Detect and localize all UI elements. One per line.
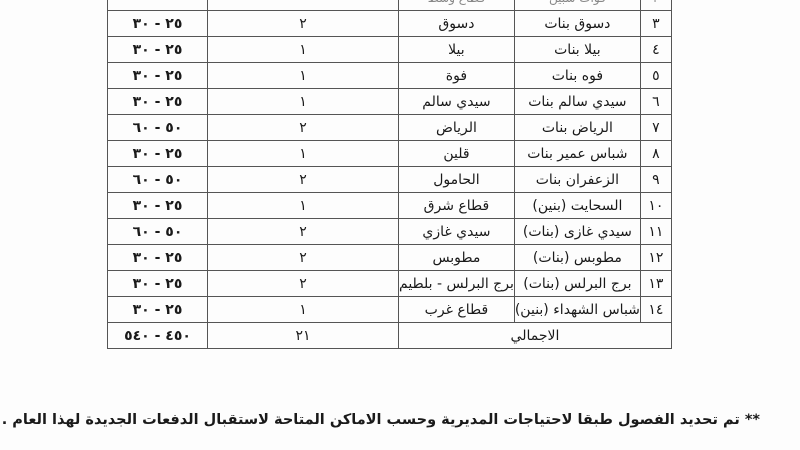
school-location: فوة	[399, 63, 515, 89]
table-row: ٣ دسوق بنات دسوق ٢ ٢٥ - ٣٠	[108, 11, 672, 37]
student-range: ٢٥ - ٣٠	[108, 193, 208, 219]
row-number: ٣	[640, 11, 671, 37]
student-range: ٥٠ - ٦٠	[108, 167, 208, 193]
class-count	[208, 0, 399, 11]
class-allocation-table: ٢ قوات شبين قطاع وسط ٣ دسوق بنات دسوق ٢ …	[107, 0, 672, 349]
total-row: الاجمالي ٢١ ٤٥٠ - ٥٤٠	[108, 323, 672, 349]
class-count: ٢	[208, 115, 399, 141]
student-range: ٢٥ - ٣٠	[108, 141, 208, 167]
class-count: ٢	[208, 167, 399, 193]
footnote: ** تم تحديد الفصول طبقا لاحتياجات المدير…	[100, 412, 760, 428]
row-number: ٨	[640, 141, 671, 167]
school-location: قلين	[399, 141, 515, 167]
school-name: سيدي غازى (بنات)	[514, 219, 640, 245]
class-count: ٢	[208, 11, 399, 37]
school-location: سيدي غازي	[399, 219, 515, 245]
class-count: ١	[208, 89, 399, 115]
table-row: ٢ قوات شبين قطاع وسط	[108, 0, 672, 11]
table-row: ١١ سيدي غازى (بنات) سيدي غازي ٢ ٥٠ - ٦٠	[108, 219, 672, 245]
class-count: ١	[208, 297, 399, 323]
school-location: الرياض	[399, 115, 515, 141]
school-name: سيدي سالم بنات	[514, 89, 640, 115]
table-row: ٦ سيدي سالم بنات سيدي سالم ١ ٢٥ - ٣٠	[108, 89, 672, 115]
table-row: ١٣ برج البرلس (بنات) برج البرلس - بلطيم …	[108, 271, 672, 297]
student-range	[108, 0, 208, 11]
table-row: ١٤ شباس الشهداء (بنين) قطاع غرب ١ ٢٥ - ٣…	[108, 297, 672, 323]
document-page: ٢ قوات شبين قطاع وسط ٣ دسوق بنات دسوق ٢ …	[0, 0, 800, 450]
class-count: ١	[208, 141, 399, 167]
class-count: ٢	[208, 219, 399, 245]
school-name: شباس عمير بنات	[514, 141, 640, 167]
school-name: قوات شبين	[514, 0, 640, 11]
row-number: ٥	[640, 63, 671, 89]
class-count: ٢	[208, 271, 399, 297]
student-range: ٢٥ - ٣٠	[108, 245, 208, 271]
school-name: شباس الشهداء (بنين)	[514, 297, 640, 323]
row-number: ٧	[640, 115, 671, 141]
total-student-range: ٤٥٠ - ٥٤٠	[108, 323, 208, 349]
table-row: ٥ فوه بنات فوة ١ ٢٥ - ٣٠	[108, 63, 672, 89]
student-range: ٢٥ - ٣٠	[108, 37, 208, 63]
school-name: الزعفران بنات	[514, 167, 640, 193]
student-range: ٢٥ - ٣٠	[108, 271, 208, 297]
school-name: مطوبس (بنات)	[514, 245, 640, 271]
table-row: ٧ الرياض بنات الرياض ٢ ٥٠ - ٦٠	[108, 115, 672, 141]
class-count: ١	[208, 193, 399, 219]
total-label: الاجمالي	[399, 323, 672, 349]
row-number: ٤	[640, 37, 671, 63]
school-location: سيدي سالم	[399, 89, 515, 115]
student-range: ٢٥ - ٣٠	[108, 63, 208, 89]
school-location: برج البرلس - بلطيم	[399, 271, 515, 297]
table-row: ٩ الزعفران بنات الحامول ٢ ٥٠ - ٦٠	[108, 167, 672, 193]
school-location: قطاع شرق	[399, 193, 515, 219]
school-location: قطاع غرب	[399, 297, 515, 323]
table-row: ٨ شباس عمير بنات قلين ١ ٢٥ - ٣٠	[108, 141, 672, 167]
class-count: ١	[208, 37, 399, 63]
school-location: بيلا	[399, 37, 515, 63]
student-range: ٢٥ - ٣٠	[108, 89, 208, 115]
school-location: دسوق	[399, 11, 515, 37]
table-row: ١٢ مطوبس (بنات) مطوبس ٢ ٢٥ - ٣٠	[108, 245, 672, 271]
student-range: ٢٥ - ٣٠	[108, 11, 208, 37]
row-number: ١١	[640, 219, 671, 245]
row-number: ٢	[640, 0, 671, 11]
school-location: الحامول	[399, 167, 515, 193]
school-name: بيلا بنات	[514, 37, 640, 63]
student-range: ٥٠ - ٦٠	[108, 115, 208, 141]
school-location: قطاع وسط	[399, 0, 515, 11]
row-number: ٦	[640, 89, 671, 115]
school-name: الرياض بنات	[514, 115, 640, 141]
school-name: دسوق بنات	[514, 11, 640, 37]
row-number: ١٢	[640, 245, 671, 271]
student-range: ٥٠ - ٦٠	[108, 219, 208, 245]
school-name: فوه بنات	[514, 63, 640, 89]
row-number: ١٤	[640, 297, 671, 323]
row-number: ٩	[640, 167, 671, 193]
school-location: مطوبس	[399, 245, 515, 271]
school-name: السحايت (بنين)	[514, 193, 640, 219]
total-class-count: ٢١	[208, 323, 399, 349]
student-range: ٢٥ - ٣٠	[108, 297, 208, 323]
school-name: برج البرلس (بنات)	[514, 271, 640, 297]
class-count: ١	[208, 63, 399, 89]
table-row: ٤ بيلا بنات بيلا ١ ٢٥ - ٣٠	[108, 37, 672, 63]
class-count: ٢	[208, 245, 399, 271]
table-row: ١٠ السحايت (بنين) قطاع شرق ١ ٢٥ - ٣٠	[108, 193, 672, 219]
row-number: ١٣	[640, 271, 671, 297]
row-number: ١٠	[640, 193, 671, 219]
